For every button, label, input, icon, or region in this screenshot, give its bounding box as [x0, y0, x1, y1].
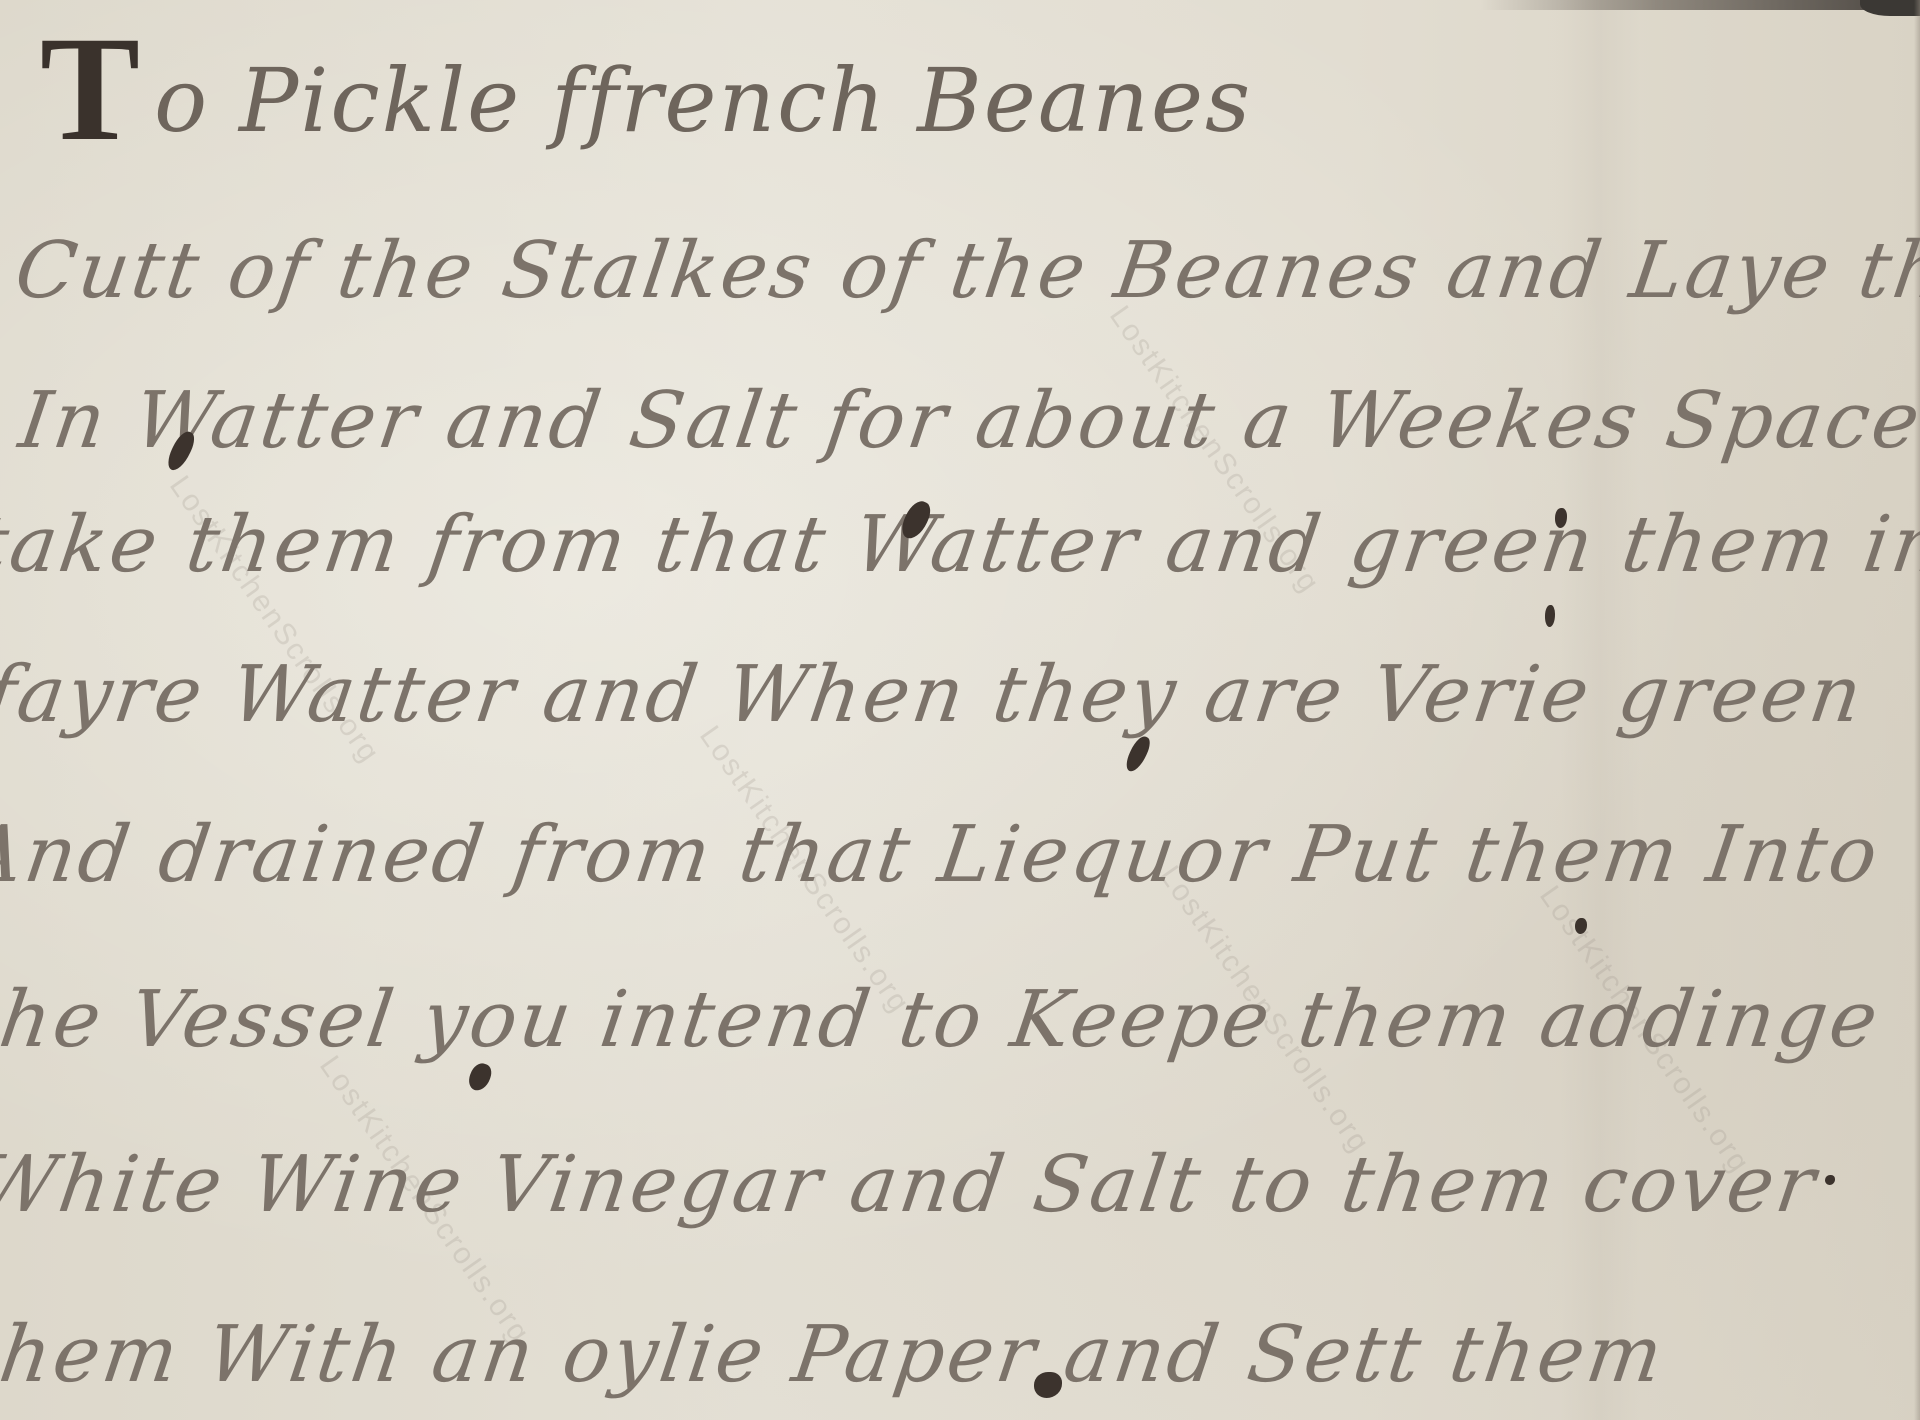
- recipe-line-1: Cutt of the Stalkes of the Beanes and La…: [10, 226, 1920, 316]
- recipe-line-5: And drained from that Liequor Put them I…: [0, 810, 1886, 900]
- ink-dot: [1545, 605, 1555, 627]
- title-initial: T: [40, 6, 140, 172]
- recipe-line-7: White Wine Vinegar and Salt to them cove…: [0, 1140, 1823, 1230]
- recipe-line-6: the Vessel you intend to Keepe them addi…: [0, 975, 1886, 1065]
- recipe-line-8: them With an oylie Paper and Sett them: [0, 1310, 1671, 1400]
- recipe-line-2: In Watter and Salt for about a Weekes Sp…: [14, 376, 1920, 466]
- top-right-corner: [1860, 0, 1920, 16]
- recipe-line-4: fayre Watter and When they are Verie gre…: [0, 650, 1870, 740]
- title-text: o Pickle ffrench Beanes: [154, 49, 1252, 152]
- right-page-edge: [1914, 0, 1920, 1420]
- ink-blot: [466, 1060, 494, 1093]
- manuscript-page: LostKitchenScrolls.org LostKitchenScroll…: [0, 0, 1920, 1420]
- recipe-line-3: take them from that Watter and green the…: [0, 500, 1920, 590]
- ink-dot: [1575, 918, 1587, 934]
- recipe-title: To Pickle ffrench Beanes: [40, 14, 1252, 164]
- ink-dot: [1825, 1175, 1835, 1185]
- top-binding-edge: [1480, 0, 1920, 10]
